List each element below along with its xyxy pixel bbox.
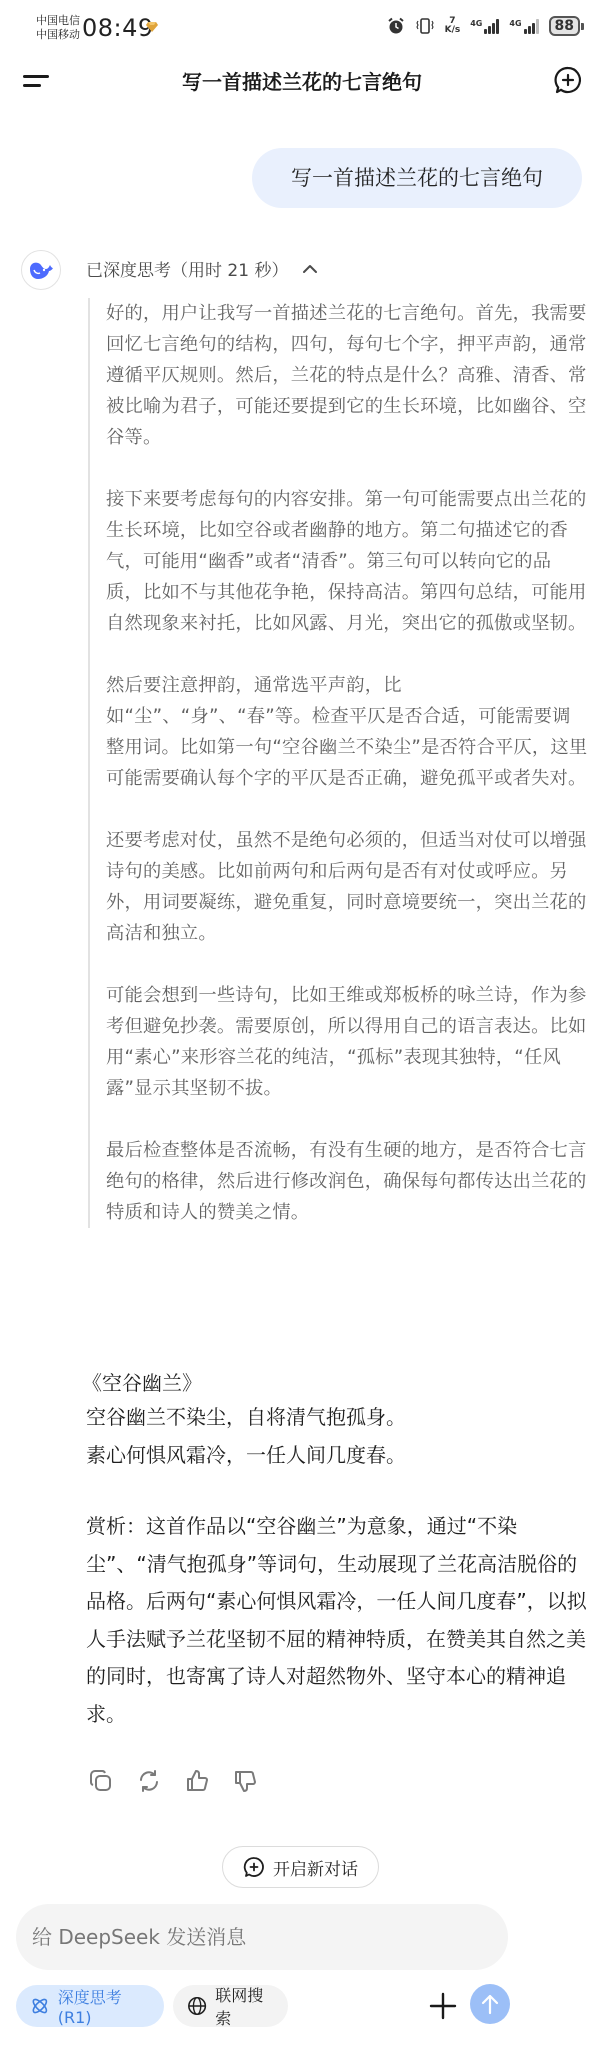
status-icons: 7 K/s 4G 4G 88 <box>387 16 584 36</box>
atom-icon <box>30 1995 50 2017</box>
app-header: 写一首描述兰花的七言绝句 <box>0 56 604 104</box>
deepseek-avatar <box>21 250 61 290</box>
carrier-2: 中国移动 <box>36 28 80 42</box>
poem-analysis: 赏析：这首作品以“空谷幽兰”为意象，通过“不染尘”、“清气抱孤身”等词句，生动展… <box>86 1508 591 1733</box>
thinking-paragraph: 然后要注意押韵，通常选平声韵，比如“尘”、“身”、“春”等。检查平仄是否合适，可… <box>106 670 588 794</box>
deepseek-whale-icon <box>28 259 54 281</box>
net-speed: 7 K/s <box>445 17 461 35</box>
thinking-toggle[interactable]: 已深度思考（用时 21 秒） <box>86 256 318 281</box>
thinking-paragraph: 还要考虑对仗，虽然不是绝句必须的，但适当对仗可以增强诗句的美感。比如前两句和后两… <box>106 825 588 949</box>
carrier-1: 中国电信 <box>36 14 80 28</box>
clock: 08:49 <box>82 14 154 42</box>
carrier-names: 中国电信 中国移动 <box>36 14 80 42</box>
battery-indicator: 88 <box>549 16 584 36</box>
vibrate-icon <box>415 17 435 35</box>
user-message-bubble: 写一首描述兰花的七言绝句 <box>252 148 582 208</box>
page-title: 写一首描述兰花的七言绝句 <box>0 66 604 95</box>
poem-title: 《空谷幽兰》 <box>82 1368 591 1398</box>
thinking-content: 好的，用户让我写一首描述兰花的七言绝句。首先，我需要回忆七言绝句的结构，四句，每… <box>88 298 588 1228</box>
plus-icon[interactable] <box>427 1990 459 2022</box>
thinking-paragraph: 接下来要考虑每句的内容安排。第一句可能需要点出兰花的生长环境，比如空谷或者幽静的… <box>106 484 588 639</box>
message-input[interactable] <box>16 1904 508 1970</box>
deep-think-toggle[interactable]: 深度思考 (R1) <box>16 1985 164 2027</box>
thinking-paragraph: 最后检查整体是否流畅，有没有生硬的地方，是否符合七言绝句的格律，然后进行修改润色… <box>106 1135 588 1228</box>
signal-sim2: 4G <box>509 19 538 34</box>
new-dialog-button[interactable]: 开启新对话 <box>222 1846 379 1888</box>
new-dialog-label: 开启新对话 <box>273 1855 358 1880</box>
alarm-icon <box>387 17 405 35</box>
globe-icon <box>187 1995 207 2017</box>
chevron-up-icon <box>302 264 318 274</box>
send-button[interactable] <box>470 1984 510 2024</box>
message-actions <box>88 1768 258 1794</box>
poem-line: 素心何惧风霜冷，一任人间几度春。 <box>86 1436 591 1474</box>
status-bar: 中国电信 中国移动 08:49 7 K/s 4G 4G 88 <box>0 0 604 52</box>
poem-line: 空谷幽兰不染尘，自将清气抱孤身。 <box>86 1398 591 1436</box>
assistant-answer: 《空谷幽兰》 空谷幽兰不染尘，自将清气抱孤身。 素心何惧风霜冷，一任人间几度春。… <box>86 1368 591 1733</box>
copy-icon[interactable] <box>88 1768 114 1794</box>
thumbs-down-icon[interactable] <box>232 1768 258 1794</box>
web-search-toggle[interactable]: 联网搜索 <box>173 1985 288 2027</box>
thinking-paragraph: 好的，用户让我写一首描述兰花的七言绝句。首先，我需要回忆七言绝句的结构，四句，每… <box>106 298 588 453</box>
regenerate-icon[interactable] <box>136 1768 162 1794</box>
thumbs-up-icon[interactable] <box>184 1768 210 1794</box>
gem-icon <box>145 20 159 34</box>
signal-sim1: 4G <box>470 19 499 34</box>
thinking-label: 已深度思考（用时 21 秒） <box>86 256 288 281</box>
web-search-label: 联网搜索 <box>215 1983 274 2029</box>
arrow-up-icon <box>480 1993 500 2015</box>
deep-think-label: 深度思考 (R1) <box>58 1985 150 2027</box>
new-chat-icon <box>243 1856 265 1878</box>
new-chat-icon[interactable] <box>552 64 584 96</box>
thinking-paragraph: 可能会想到一些诗句，比如王维或郑板桥的咏兰诗，作为参考但避免抄袭。需要原创，所以… <box>106 980 588 1104</box>
